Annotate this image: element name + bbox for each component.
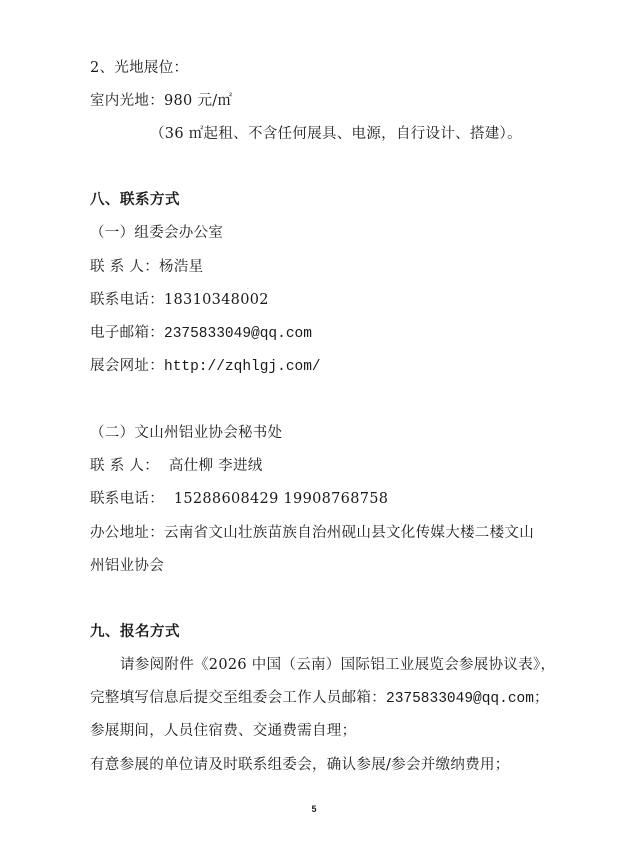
address-label: 办公地址： bbox=[90, 525, 164, 541]
contact-value: 高仕柳 李进绒 bbox=[169, 458, 263, 474]
registration-email[interactable]: 2375833049@qq.com bbox=[386, 691, 534, 707]
address-value-line1: 云南省文山壮族苗族自治州砚山县文化传媒大楼二楼文山 bbox=[164, 525, 534, 541]
section-heading-registration: 九、报名方式 bbox=[90, 622, 180, 642]
office2-phone: 联系电话： 15288608429 19908768758 bbox=[90, 489, 388, 509]
registration-para3: 有意参展的单位请及时联系组委会，确认参展/参会并缴纳费用； bbox=[90, 755, 510, 775]
phone-label: 联系电话： bbox=[90, 292, 164, 308]
phone-value: 18310348002 bbox=[164, 292, 269, 308]
website-link[interactable]: http://zqhlgj.com/ bbox=[164, 359, 321, 375]
page-number: 5 bbox=[0, 804, 628, 814]
contact-label: 联 系 人： bbox=[90, 458, 159, 474]
email-value[interactable]: 2375833049@qq.com bbox=[164, 326, 312, 342]
punctuation: ； bbox=[534, 690, 549, 706]
office1-email: 电子邮箱：2375833049@qq.com bbox=[90, 323, 312, 344]
contact-value: 杨浩星 bbox=[159, 259, 203, 275]
section-heading-contact: 八、联系方式 bbox=[90, 190, 180, 210]
booth-item-title: 2、光地展位： bbox=[90, 58, 188, 78]
registration-para1-line1: 请参阅附件《2026 中国（云南）国际铝工业展览会参展协议表》， bbox=[120, 655, 555, 675]
indoor-note: （36 ㎡起租、不含任何展具、电源，自行设计、搭建）。 bbox=[150, 124, 522, 144]
office1-title: （一）组委会办公室 bbox=[90, 223, 223, 243]
email-label: 电子邮箱： bbox=[90, 325, 164, 341]
office1-website: 展会网址：http://zqhlgj.com/ bbox=[90, 356, 321, 377]
contact-label: 联 系 人： bbox=[90, 259, 159, 275]
office1-contact: 联 系 人：杨浩星 bbox=[90, 257, 203, 277]
office2-address: 办公地址：云南省文山壮族苗族自治州砚山县文化传媒大楼二楼文山 bbox=[90, 523, 534, 543]
office2-contact: 联 系 人： 高仕柳 李进绒 bbox=[90, 456, 263, 476]
phone-label: 联系电话： bbox=[90, 491, 164, 507]
office1-phone: 联系电话：18310348002 bbox=[90, 290, 269, 310]
office2-address-cont: 州铝业协会 bbox=[90, 556, 164, 576]
document-page: 2、光地展位： 室内光地：980 元/㎡ （36 ㎡起租、不含任何展具、电源，自… bbox=[0, 0, 628, 857]
office2-title: （二）文山州铝业协会秘书处 bbox=[90, 423, 282, 443]
registration-para1-line2: 完整填写信息后提交至组委会工作人员邮箱：2375833049@qq.com； bbox=[90, 688, 549, 709]
phone-value: 15288608429 19908768758 bbox=[174, 491, 388, 507]
submit-instruction: 完整填写信息后提交至组委会工作人员邮箱： bbox=[90, 690, 386, 706]
registration-para2: 参展期间，人员住宿费、交通费需自理； bbox=[90, 721, 356, 741]
website-label: 展会网址： bbox=[90, 358, 164, 374]
indoor-price: 室内光地：980 元/㎡ bbox=[90, 91, 232, 111]
